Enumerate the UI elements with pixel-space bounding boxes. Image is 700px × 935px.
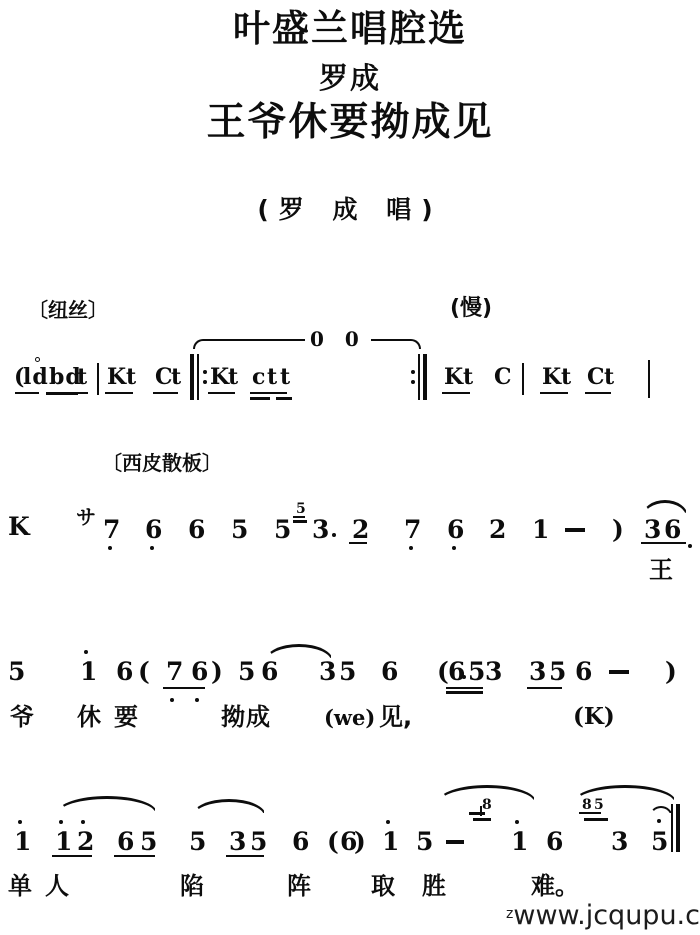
- octave-dot: [411, 370, 415, 374]
- octave-dot: [203, 380, 207, 384]
- slur-arc: [642, 500, 688, 517]
- lyric-latin: (K): [573, 705, 615, 728]
- beam-underline: [585, 392, 611, 394]
- note-digit: 6: [191, 659, 208, 684]
- note-digit: 5: [231, 517, 248, 542]
- beam-underline: [641, 542, 686, 544]
- note-digit: 6: [664, 517, 681, 542]
- percussion-syllable: t: [280, 366, 291, 388]
- barline-thick: [423, 354, 427, 400]
- beam-underline: [105, 392, 133, 394]
- lyric: 单: [8, 874, 32, 898]
- beam-underline-thick: [473, 818, 491, 821]
- beam-underline: [579, 812, 601, 814]
- percussion-syllable: t: [267, 366, 278, 388]
- note-digit: 7: [103, 517, 120, 542]
- barline: [418, 354, 420, 400]
- percussion-syllable: t: [126, 366, 137, 388]
- lyric: 陷: [180, 874, 204, 898]
- octave-dot: [108, 546, 112, 550]
- lyric: 拗: [221, 705, 245, 729]
- percussion-syllable: t: [604, 366, 615, 388]
- note-digit: 5: [189, 829, 206, 854]
- percussion-syllable: c: [252, 366, 266, 388]
- slur-arc-small: [649, 806, 673, 818]
- note-digit: 5: [140, 829, 157, 854]
- lyric: 休: [77, 705, 101, 729]
- grace-note: 5: [594, 798, 604, 812]
- percussion-syllable: t: [171, 366, 182, 388]
- note-digit: 6: [447, 517, 464, 542]
- beam-underline: [540, 392, 568, 394]
- beam-underline-thick: [293, 520, 307, 523]
- percussion-syllable: K: [107, 366, 127, 388]
- beam-underline-thick: [250, 397, 270, 400]
- octave-dot: [84, 650, 88, 654]
- beam-underline: [52, 855, 92, 857]
- barline-thick: [190, 354, 194, 400]
- lyric: 成: [246, 705, 270, 729]
- note-digit: 6: [188, 517, 205, 542]
- percussion-syllable: t: [228, 366, 239, 388]
- note-digit: 6: [575, 659, 592, 684]
- note-digit: 3: [319, 659, 336, 684]
- beam-underline: [114, 855, 155, 857]
- beam-underline: [153, 392, 178, 394]
- lyric: 要: [114, 705, 138, 729]
- octave-dot: [409, 546, 413, 550]
- octave-dot: [59, 820, 63, 824]
- note-digit: 7: [166, 659, 183, 684]
- note-digit: 6: [292, 829, 309, 854]
- percussion-syllable: C: [494, 366, 513, 388]
- octave-dot: [462, 675, 466, 679]
- note-digit: 5: [416, 829, 433, 854]
- lyric-latin: (we): [324, 707, 375, 728]
- lyric: 见,: [379, 705, 412, 729]
- note-digit: 1: [511, 829, 528, 854]
- note-digit: 6: [381, 659, 398, 684]
- note-digit: 3: [644, 517, 661, 542]
- note-digit: 2: [489, 517, 506, 542]
- barline-thick: [676, 804, 680, 852]
- note-digit: 1: [55, 829, 72, 854]
- watermark-text: www.jcqupu.com: [513, 900, 700, 931]
- percussion-syllable: C: [587, 366, 606, 388]
- barline: [197, 354, 199, 400]
- beam-underline: [226, 855, 264, 857]
- score-page: 叶盛兰唱腔选 罗成 王爷休要拗成见 (罗 成 唱) 〔纽丝〕 (慢) 〔西皮散板…: [0, 0, 700, 935]
- beam-underline-thick: [446, 691, 483, 694]
- note-digit: 2: [352, 517, 369, 542]
- percussion-syllable: t: [561, 366, 572, 388]
- percussion-syllable: K: [444, 366, 464, 388]
- note-digit: ): [354, 829, 366, 854]
- beam-underline-thick: [469, 812, 485, 815]
- repeat-zeros: 0 0: [305, 329, 371, 349]
- beam-underline: [527, 687, 562, 689]
- beam-underline-thick: [276, 397, 292, 400]
- barline: [97, 363, 99, 395]
- barline: [648, 360, 650, 398]
- note-digit: (: [138, 659, 150, 684]
- percussion-syllable: K: [542, 366, 562, 388]
- note-digit: 3: [529, 659, 546, 684]
- note-digit: 5: [250, 829, 267, 854]
- note-digit: 5: [468, 659, 485, 684]
- beam-underline: [446, 687, 483, 689]
- beam-underline: [442, 392, 470, 394]
- percussion-syllable: t: [463, 366, 474, 388]
- note-digit: 5: [651, 829, 668, 854]
- grace-note: 8: [582, 798, 592, 812]
- note-digit: ): [665, 659, 677, 684]
- lyric: 胜: [422, 874, 446, 898]
- note-digit: 1: [532, 517, 549, 542]
- lyric: 爷: [10, 705, 34, 729]
- beam-underline-thick: [584, 818, 608, 821]
- note-digit: (: [327, 829, 339, 854]
- beam-underline: [293, 516, 305, 518]
- lyric: 王: [649, 558, 673, 582]
- beam-underline: [15, 392, 39, 394]
- note-digit: 2: [77, 829, 94, 854]
- octave-dot: [452, 546, 456, 550]
- beam-underline: [250, 392, 287, 394]
- note-digit: 6: [117, 829, 134, 854]
- note-digit: 6: [546, 829, 563, 854]
- note-digit: 5: [549, 659, 566, 684]
- slur-arc: [192, 799, 266, 816]
- ring-ornament: [35, 357, 40, 362]
- octave-dot: [411, 380, 415, 384]
- dash-note: [446, 840, 464, 844]
- dash-note: [609, 670, 629, 674]
- watermark: zwww.jcqupu.com: [506, 901, 700, 931]
- barline: [522, 363, 524, 395]
- note-digit: 6: [261, 659, 278, 684]
- note-digit: 7: [404, 517, 421, 542]
- beam-underline: [74, 392, 88, 394]
- octave-dot: [18, 820, 22, 824]
- note-digit: ): [612, 517, 624, 542]
- octave-dot: [515, 820, 519, 824]
- lyric: 取: [371, 874, 395, 898]
- barline: [480, 806, 482, 816]
- beam-underline: [163, 687, 205, 689]
- beam-underline: [208, 392, 235, 394]
- note-digit: 3: [611, 829, 628, 854]
- percussion-syllable: ld: [23, 366, 49, 388]
- note-digit: 1: [80, 659, 97, 684]
- octave-dot: [688, 544, 692, 548]
- slur-arc: [57, 796, 157, 813]
- octave-dot: [203, 370, 207, 374]
- free-meter-symbol: サ: [76, 507, 96, 527]
- score-canvas: (ldbdtKtCt0 0KtcttKtCKtCtKサ766555327621)…: [0, 0, 700, 935]
- note-digit: 5: [238, 659, 255, 684]
- percussion-syllable: t: [77, 366, 88, 388]
- barline: [671, 804, 673, 852]
- octave-dot: [195, 698, 199, 702]
- note-digit: ): [211, 659, 223, 684]
- beam-underline: [349, 542, 367, 544]
- note-digit: 3: [229, 829, 246, 854]
- note-digit: 3: [485, 659, 502, 684]
- octave-dot: [170, 698, 174, 702]
- grace-note: 5: [296, 502, 306, 516]
- note-digit: 5: [274, 517, 291, 542]
- note-digit: 1: [14, 829, 31, 854]
- octave-dot: [386, 820, 390, 824]
- octave-dot: [150, 546, 154, 550]
- octave-dot: [657, 819, 661, 823]
- octave-dot: [332, 533, 336, 537]
- octave-dot: [81, 820, 85, 824]
- note-digit: 5: [8, 659, 25, 684]
- note-digit: 1: [382, 829, 399, 854]
- note-digit: 5: [339, 659, 356, 684]
- note-digit: 6: [116, 659, 133, 684]
- lyric: 难。: [531, 874, 579, 898]
- lyric: 人: [45, 874, 69, 898]
- note-digit: K: [8, 514, 30, 539]
- note-digit: 6: [145, 517, 162, 542]
- grace-note: 8: [482, 798, 492, 812]
- note-digit: 6: [448, 659, 465, 684]
- dash-note: [565, 528, 585, 532]
- lyric: 阵: [287, 874, 311, 898]
- note-digit: 3: [312, 517, 329, 542]
